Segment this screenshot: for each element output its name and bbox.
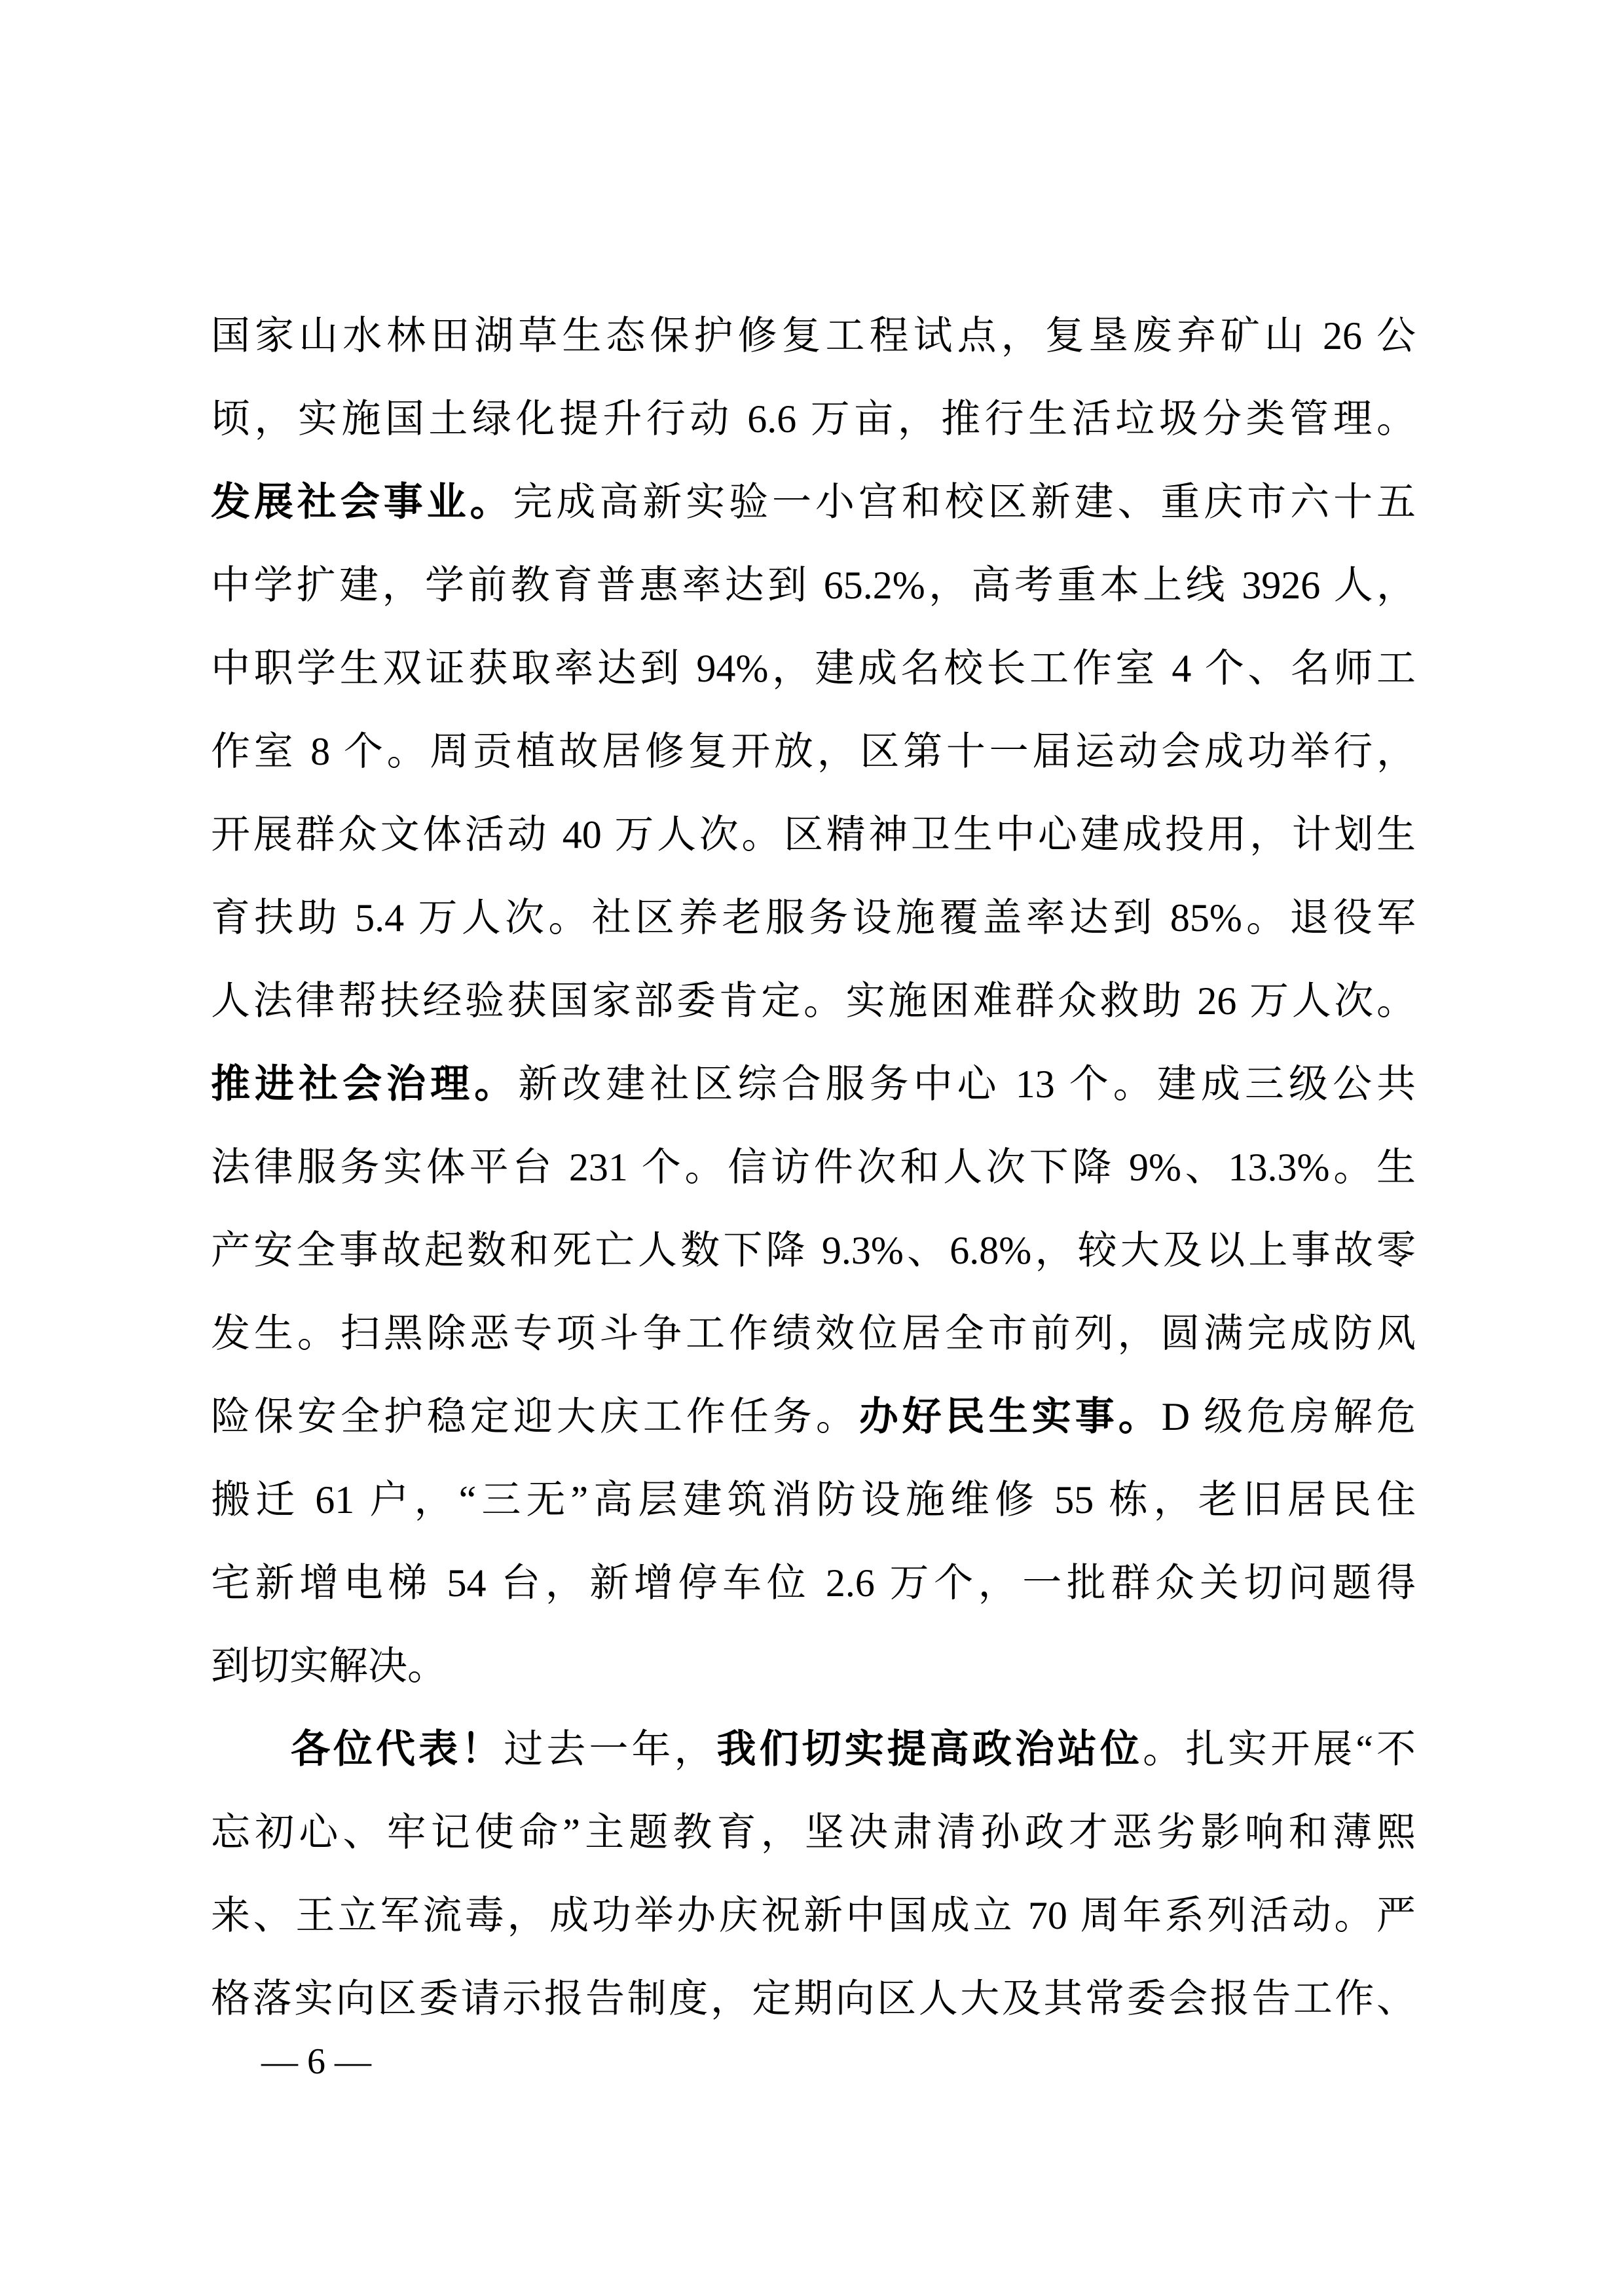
text-segment: 顷，实施国土绿化提升行动 6.6 万亩，推行生活垃圾分类管理。 bbox=[211, 397, 1416, 441]
page-footer: — 6 — bbox=[251, 2040, 382, 2083]
text-segment: D 级危房解危 bbox=[1162, 1395, 1416, 1438]
text-line: 来、王立军流毒，成功举办庆祝新中国成立 70 周年系列活动。严 bbox=[211, 1874, 1416, 1958]
text-segment: 。扎实开展“不 bbox=[1143, 1728, 1416, 1771]
text-line: 险保安全护稳定迎大庆工作任务。办好民生实事。D 级危房解危 bbox=[211, 1376, 1416, 1459]
text-segment: 作室 8 个。周贡植故居修复开放，区第十一届运动会成功举行， bbox=[211, 730, 1416, 773]
text-line: 产安全事故起数和死亡人数下降 9.3%、6.8%，较大及以上事故零 bbox=[211, 1209, 1416, 1292]
text-segment: 中学扩建，学前教育普惠率达到 65.2%，高考重本上线 3926 人， bbox=[211, 564, 1416, 607]
text-line: 作室 8 个。周贡植故居修复开放，区第十一届运动会成功举行， bbox=[211, 710, 1416, 793]
text-segment: 新改建社区综合服务中心 13 个。建成三级公共 bbox=[518, 1063, 1416, 1106]
bold-text-segment: 办好民生实事。 bbox=[859, 1395, 1162, 1438]
text-line: 各位代表！过去一年，我们切实提高政治站位。扎实开展“不 bbox=[211, 1708, 1416, 1791]
text-segment: 险保安全护稳定迎大庆工作任务。 bbox=[211, 1395, 859, 1438]
text-line: 宅新增电梯 54 台，新增停车位 2.6 万个，一批群众关切问题得 bbox=[211, 1542, 1416, 1625]
text-line: 到切实解决。 bbox=[211, 1625, 1416, 1708]
bold-text-segment: 我们切实提高政治站位 bbox=[717, 1728, 1143, 1771]
text-line: 发生。扫黑除恶专项斗争工作绩效位居全市前列，圆满完成防风 bbox=[211, 1292, 1416, 1376]
bold-text-segment: 推进社会治理。 bbox=[211, 1063, 518, 1106]
text-line: 顷，实施国土绿化提升行动 6.6 万亩，推行生活垃圾分类管理。 bbox=[211, 378, 1416, 461]
text-segment: 开展群众文体活动 40 万人次。区精神卫生中心建成投用，计划生 bbox=[211, 813, 1416, 856]
text-line: 推进社会治理。新改建社区综合服务中心 13 个。建成三级公共 bbox=[211, 1043, 1416, 1126]
text-segment: 中职学生双证获取率达到 94%，建成名校长工作室 4 个、名师工 bbox=[211, 647, 1416, 690]
text-segment: 发生。扫黑除恶专项斗争工作绩效位居全市前列，圆满完成防风 bbox=[211, 1312, 1416, 1355]
text-line: 育扶助 5.4 万人次。社区养老服务设施覆盖率达到 85%。退役军 bbox=[211, 877, 1416, 960]
text-line: 中职学生双证获取率达到 94%，建成名校长工作室 4 个、名师工 bbox=[211, 627, 1416, 710]
text-segment: 完成高新实验一小宫和校区新建、重庆市六十五 bbox=[513, 481, 1416, 524]
text-segment: 忘初心、牢记使命”主题教育，坚决肃清孙政才恶劣影响和薄熙 bbox=[211, 1811, 1416, 1854]
text-segment: 宅新增电梯 54 台，新增停车位 2.6 万个，一批群众关切问题得 bbox=[211, 1561, 1416, 1605]
text-line: 国家山水林田湖草生态保护修复工程试点，复垦废弃矿山 26 公 bbox=[211, 295, 1416, 378]
text-segment: 格落实向区委请示报告制度，定期向区人大及其常委会报告工作、 bbox=[211, 1977, 1416, 2020]
text-line: 法律服务实体平台 231 个。信访件次和人次下降 9%、13.3%。生 bbox=[211, 1126, 1416, 1209]
text-segment: 来、王立军流毒，成功举办庆祝新中国成立 70 周年系列活动。严 bbox=[211, 1894, 1416, 1937]
bold-text-segment: 发展社会事业。 bbox=[211, 481, 513, 524]
text-segment: 人法律帮扶经验获国家部委肯定。实施困难群众救助 26 万人次。 bbox=[211, 979, 1416, 1023]
text-segment: 产安全事故起数和死亡人数下降 9.3%、6.8%，较大及以上事故零 bbox=[211, 1229, 1416, 1272]
text-line: 中学扩建，学前教育普惠率达到 65.2%，高考重本上线 3926 人， bbox=[211, 544, 1416, 627]
text-segment: 到切实解决。 bbox=[211, 1645, 447, 1688]
document-body: 国家山水林田湖草生态保护修复工程试点，复垦废弃矿山 26 公顷，实施国土绿化提升… bbox=[211, 295, 1416, 2041]
text-segment: 法律服务实体平台 231 个。信访件次和人次下降 9%、13.3%。生 bbox=[211, 1146, 1416, 1189]
text-line: 忘初心、牢记使命”主题教育，坚决肃清孙政才恶劣影响和薄熙 bbox=[211, 1791, 1416, 1874]
text-line: 发展社会事业。完成高新实验一小宫和校区新建、重庆市六十五 bbox=[211, 461, 1416, 544]
text-segment: 国家山水林田湖草生态保护修复工程试点，复垦废弃矿山 26 公 bbox=[211, 314, 1416, 357]
text-segment: 育扶助 5.4 万人次。社区养老服务设施覆盖率达到 85%。退役军 bbox=[211, 896, 1416, 939]
bold-text-segment: 各位代表！ bbox=[291, 1728, 504, 1771]
text-segment: 搬迁 61 户，“三无”高层建筑消防设施维修 55 栋，老旧居民住 bbox=[211, 1478, 1416, 1522]
page: 国家山水林田湖草生态保护修复工程试点，复垦废弃矿山 26 公顷，实施国土绿化提升… bbox=[0, 0, 1624, 2296]
text-line: 人法律帮扶经验获国家部委肯定。实施困难群众救助 26 万人次。 bbox=[211, 960, 1416, 1043]
text-line: 搬迁 61 户，“三无”高层建筑消防设施维修 55 栋，老旧居民住 bbox=[211, 1459, 1416, 1542]
text-line: 格落实向区委请示报告制度，定期向区人大及其常委会报告工作、 bbox=[211, 1958, 1416, 2041]
text-segment: 过去一年， bbox=[504, 1728, 716, 1771]
text-line: 开展群众文体活动 40 万人次。区精神卫生中心建成投用，计划生 bbox=[211, 793, 1416, 877]
